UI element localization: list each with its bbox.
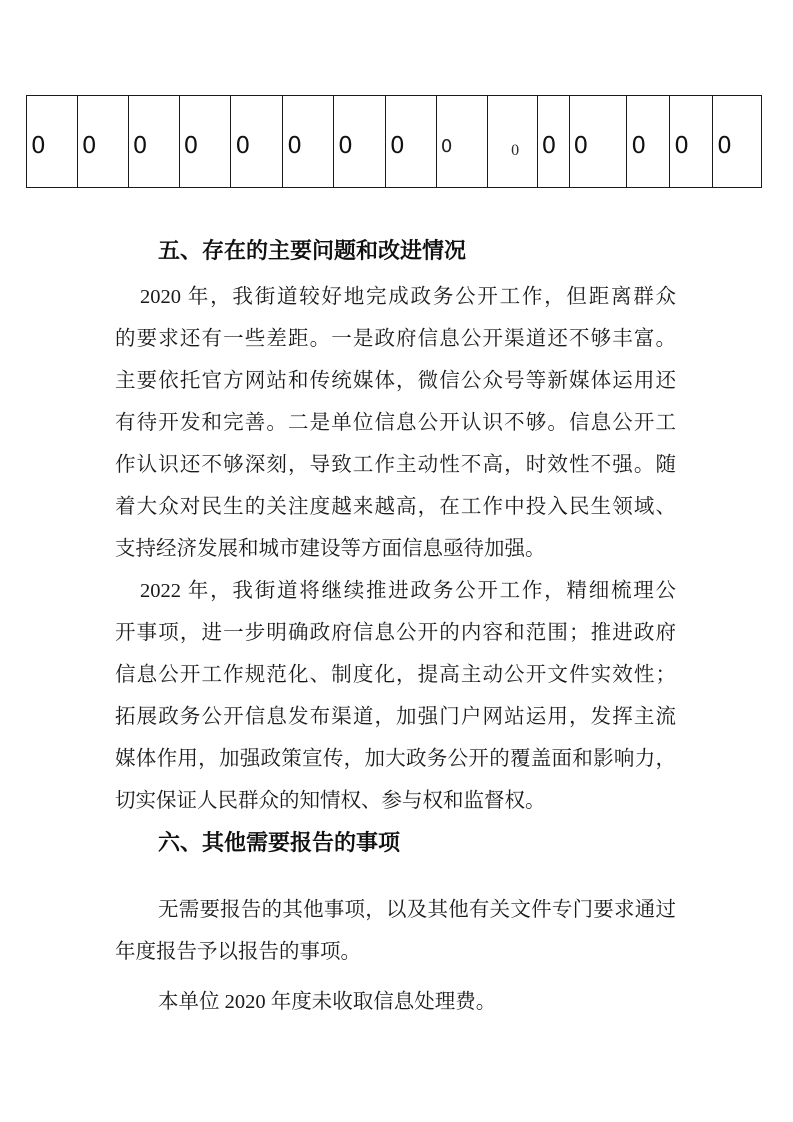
text-line: 的要求还有一些差距。一是政府信息公开渠道还不够丰富。 [115,318,676,360]
cell-value: 0 [133,133,148,159]
cell-value: 0 [31,133,46,159]
report-section: 六、其他需要报告的事项无需要报告的其他事项，以及其他有关文件专门要求通过年度报告… [115,822,676,1023]
cell-value: 0 [441,136,452,157]
table-cell: 0 [713,96,761,187]
text-line: 切实保证人民群众的知情权、参与权和监督权。 [115,780,676,822]
table-cell: 0 [670,96,713,187]
document-page: 000000000000000 五、存在的主要问题和改进情况2020 年，我街道… [0,0,793,1122]
table-cell: 0 [283,96,334,187]
section-heading: 五、存在的主要问题和改进情况 [115,230,676,272]
table-cell: 0 [231,96,283,187]
text-line: 拓展政务公开信息发布渠道，加强门户网站运用，发挥主流 [115,696,676,738]
cell-value: 0 [574,133,589,159]
text-line: 支持经济发展和城市建设等方面信息亟待加强。 [115,528,676,570]
text-line: 信息公开工作规范化、制度化，提高主动公开文件实效性； [115,654,676,696]
cell-value: 0 [338,133,353,159]
data-table: 000000000000000 [26,95,762,188]
table-cell: 0 [386,96,437,187]
table-cell: 0 [570,96,628,187]
cell-value: 0 [82,133,97,159]
table-cell: 0 [538,96,570,187]
cell-value: 0 [674,133,689,159]
cell-value: 0 [511,142,519,160]
paragraph: 本单位 2020 年度未收取信息处理费。 [115,981,676,1023]
text-line: 作认识还不够深刻，导致工作主动性不高，时效性不强。随 [115,444,676,486]
cell-value: 0 [184,133,199,159]
paragraph: 2022 年，我街道将继续推进政务公开工作，精细梳理公开事项，进一步明确政府信息… [115,570,676,822]
cell-value: 0 [390,133,405,159]
cell-value: 0 [717,133,732,159]
section-heading: 六、其他需要报告的事项 [115,822,676,864]
text-line: 着大众对民生的关注度越来越高，在工作中投入民生领域、 [115,486,676,528]
cell-value: 0 [631,133,646,159]
text-line: 年度报告予以报告的事项。 [115,931,676,973]
text-line: 本单位 2020 年度未收取信息处理费。 [115,981,676,1023]
text-line: 2020 年，我街道较好地完成政务公开工作，但距离群众 [115,276,676,318]
text-line: 主要依托官方网站和传统媒体，微信公众号等新媒体运用还 [115,360,676,402]
table-cell: 0 [488,96,538,187]
table-cell: 0 [437,96,488,187]
cell-value: 0 [235,133,250,159]
cell-value: 0 [542,133,557,159]
cell-value: 0 [287,133,302,159]
table-cell: 0 [78,96,129,187]
text-line: 2022 年，我街道将继续推进政务公开工作，精细梳理公 [115,570,676,612]
text-line: 无需要报告的其他事项，以及其他有关文件专门要求通过 [115,889,676,931]
table-cell: 0 [627,96,670,187]
table-cell: 0 [129,96,180,187]
table-cell: 0 [180,96,232,187]
paragraph: 2020 年，我街道较好地完成政务公开工作，但距离群众的要求还有一些差距。一是政… [115,276,676,570]
paragraph: 无需要报告的其他事项，以及其他有关文件专门要求通过年度报告予以报告的事项。 [115,889,676,973]
table-cell: 0 [27,96,78,187]
table-cell: 0 [334,96,386,187]
text-line: 开事项，进一步明确政府信息公开的内容和范围；推进政府 [115,612,676,654]
document-body: 五、存在的主要问题和改进情况2020 年，我街道较好地完成政务公开工作，但距离群… [115,230,676,1023]
text-line: 有待开发和完善。二是单位信息公开认识不够。信息公开工 [115,402,676,444]
text-line: 媒体作用，加强政策宣传，加大政务公开的覆盖面和影响力， [115,738,676,780]
report-section: 五、存在的主要问题和改进情况2020 年，我街道较好地完成政务公开工作，但距离群… [115,230,676,822]
